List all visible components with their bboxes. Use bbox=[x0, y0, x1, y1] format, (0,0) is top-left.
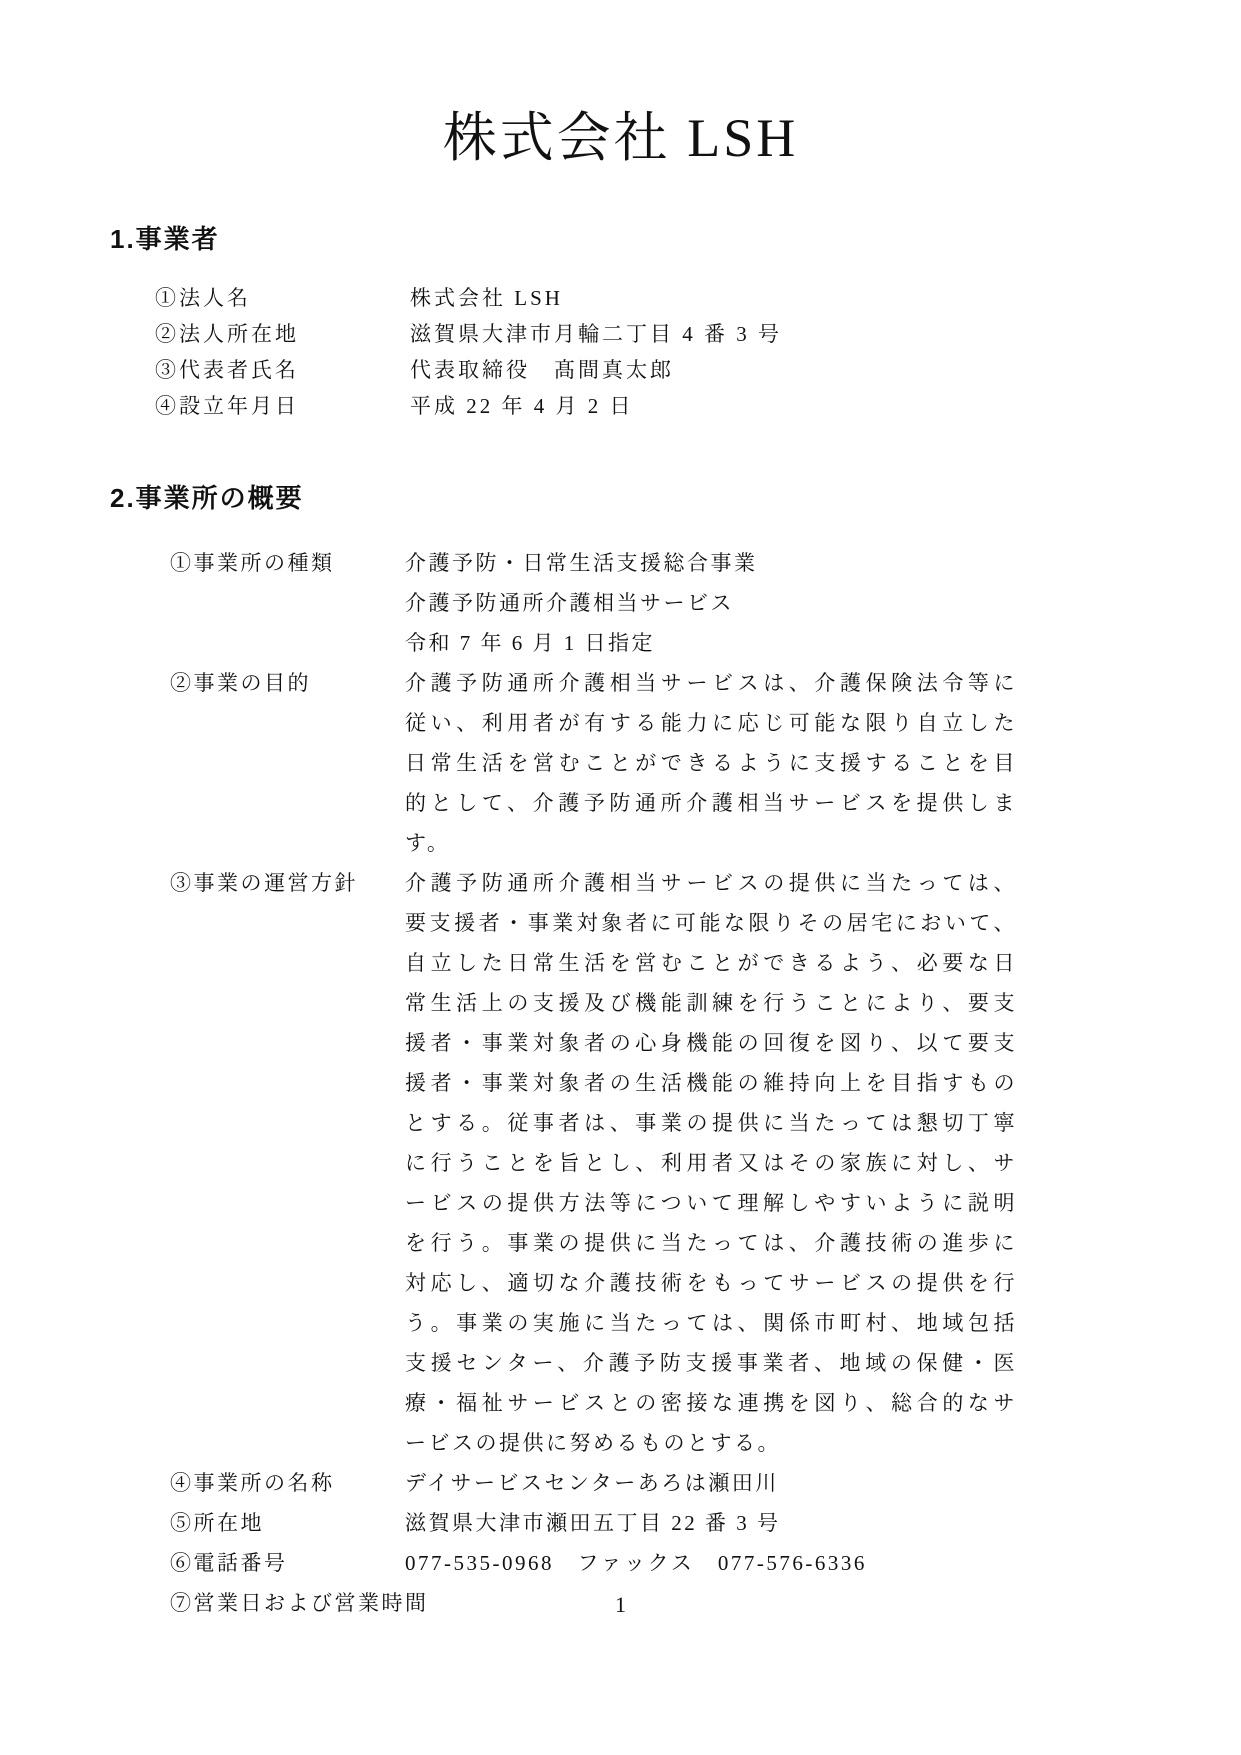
section-office-overview: 2.事業所の概要 ①事業所の種類 介護予防・日常生活支援総合事業 介護予防通所介… bbox=[110, 478, 1131, 1623]
value-line: 的として、介護予防通所介護相当サービスを提供しま bbox=[405, 783, 1017, 823]
value-line: す。 bbox=[405, 823, 1017, 863]
value-line: 療・福祉サービスとの密接な連携を図り、総合的なサ bbox=[405, 1383, 1017, 1423]
section-2-rows: ①事業所の種類 介護予防・日常生活支援総合事業 介護予防通所介護相当サービス 令… bbox=[170, 543, 1131, 1623]
field-label: ①事業所の種類 bbox=[170, 543, 405, 583]
section-business-operator: 1.事業者 ①法人名 株式会社 LSH ②法人所在地 滋賀県大津市月輪二丁目 4… bbox=[110, 219, 1131, 424]
field-row-corporate-name: ①法人名 株式会社 LSH bbox=[155, 280, 1131, 316]
value-line: を行う。事業の提供に当たっては、介護技術の進歩に bbox=[405, 1223, 1017, 1263]
value-line: に行うことを旨とし、利用者又はその家族に対し、サ bbox=[405, 1143, 1017, 1183]
value-line: 常生活上の支援及び機能訓練を行うことにより、要支 bbox=[405, 983, 1017, 1023]
field-row-office-address: ⑤所在地 滋賀県大津市瀬田五丁目 22 番 3 号 bbox=[170, 1503, 1131, 1543]
field-label: ③事業の運営方針 bbox=[170, 863, 405, 903]
field-row-office-type: ①事業所の種類 介護予防・日常生活支援総合事業 介護予防通所介護相当サービス 令… bbox=[170, 543, 1131, 663]
section-1-rows: ①法人名 株式会社 LSH ②法人所在地 滋賀県大津市月輪二丁目 4 番 3 号… bbox=[155, 280, 1131, 424]
field-row-business-purpose: ②事業の目的 介護予防通所介護相当サービスは、介護保険法令等に 従い、利用者が有… bbox=[170, 663, 1131, 863]
value-line: 介護予防通所介護相当サービスの提供に当たっては、 bbox=[405, 863, 1017, 903]
field-value: 平成 22 年 4 月 2 日 bbox=[410, 388, 634, 424]
value-line: 自立した日常生活を営むことができるよう、必要な日 bbox=[405, 943, 1017, 983]
value-line: 介護予防・日常生活支援総合事業 bbox=[405, 543, 1017, 583]
document-page: 株式会社 LSH 1.事業者 ①法人名 株式会社 LSH ②法人所在地 滋賀県大… bbox=[0, 0, 1241, 1755]
field-value: 滋賀県大津市瀬田五丁目 22 番 3 号 bbox=[405, 1503, 1017, 1543]
field-value: 介護予防・日常生活支援総合事業 介護予防通所介護相当サービス 令和 7 年 6 … bbox=[405, 543, 1017, 663]
field-value: 滋賀県大津市月輪二丁目 4 番 3 号 bbox=[410, 316, 782, 352]
page-title: 株式会社 LSH bbox=[110, 106, 1131, 171]
value-line: 対応し、適切な介護技術をもってサービスの提供を行 bbox=[405, 1263, 1017, 1303]
value-line: 介護予防通所介護相当サービスは、介護保険法令等に bbox=[405, 663, 1017, 703]
section-2-heading: 2.事業所の概要 bbox=[110, 478, 1131, 515]
value-line: 援者・事業対象者の心身機能の回復を図り、以て要支 bbox=[405, 1023, 1017, 1063]
field-row-establishment-date: ④設立年月日 平成 22 年 4 月 2 日 bbox=[155, 388, 1131, 424]
value-line: 滋賀県大津市瀬田五丁目 22 番 3 号 bbox=[405, 1503, 1017, 1543]
value-line: とする。従事者は、事業の提供に当たっては懇切丁寧 bbox=[405, 1103, 1017, 1143]
field-value: 077-535-0968 ファックス 077-576-6336 bbox=[405, 1543, 1017, 1583]
field-value: 株式会社 LSH bbox=[410, 280, 563, 316]
field-row-corporate-address: ②法人所在地 滋賀県大津市月輪二丁目 4 番 3 号 bbox=[155, 316, 1131, 352]
value-line: う。事業の実施に当たっては、関係市町村、地域包括 bbox=[405, 1303, 1017, 1343]
field-row-phone-number: ⑥電話番号 077-535-0968 ファックス 077-576-6336 bbox=[170, 1543, 1131, 1583]
field-label: ⑥電話番号 bbox=[170, 1543, 405, 1583]
value-line: 日常生活を営むことができるように支援することを目 bbox=[405, 743, 1017, 783]
field-value: デイサービスセンターあろは瀬田川 bbox=[405, 1463, 1017, 1503]
page-number: 1 bbox=[0, 1592, 1241, 1618]
value-line: 介護予防通所介護相当サービス bbox=[405, 583, 1017, 623]
field-row-operation-policy: ③事業の運営方針 介護予防通所介護相当サービスの提供に当たっては、 要支援者・事… bbox=[170, 863, 1131, 1463]
value-line: 077-535-0968 ファックス 077-576-6336 bbox=[405, 1543, 1017, 1583]
value-line: 援者・事業対象者の生活機能の維持向上を目指すもの bbox=[405, 1063, 1017, 1103]
field-value: 介護予防通所介護相当サービスの提供に当たっては、 要支援者・事業対象者に可能な限… bbox=[405, 863, 1017, 1463]
value-line: ービスの提供方法等について理解しやすいように説明 bbox=[405, 1183, 1017, 1223]
value-line: 支援センター、介護予防支援事業者、地域の保健・医 bbox=[405, 1343, 1017, 1383]
value-line: デイサービスセンターあろは瀬田川 bbox=[405, 1463, 1017, 1503]
field-label: ②法人所在地 bbox=[155, 316, 410, 352]
field-label: ④事業所の名称 bbox=[170, 1463, 405, 1503]
section-1-heading: 1.事業者 bbox=[110, 219, 1131, 256]
value-line: ービスの提供に努めるものとする。 bbox=[405, 1423, 1017, 1463]
value-line: 要支援者・事業対象者に可能な限りその居宅において、 bbox=[405, 903, 1017, 943]
field-label: ⑤所在地 bbox=[170, 1503, 405, 1543]
field-value: 介護予防通所介護相当サービスは、介護保険法令等に 従い、利用者が有する能力に応じ… bbox=[405, 663, 1017, 863]
field-row-representative: ③代表者氏名 代表取締役 髙間真太郎 bbox=[155, 352, 1131, 388]
field-label: ③代表者氏名 bbox=[155, 352, 410, 388]
value-line: 令和 7 年 6 月 1 日指定 bbox=[405, 623, 1017, 663]
field-value: 代表取締役 髙間真太郎 bbox=[410, 352, 674, 388]
field-label: ②事業の目的 bbox=[170, 663, 405, 703]
field-label: ①法人名 bbox=[155, 280, 410, 316]
field-label: ④設立年月日 bbox=[155, 388, 410, 424]
value-line: 従い、利用者が有する能力に応じ可能な限り自立した bbox=[405, 703, 1017, 743]
field-row-office-name: ④事業所の名称 デイサービスセンターあろは瀬田川 bbox=[170, 1463, 1131, 1503]
